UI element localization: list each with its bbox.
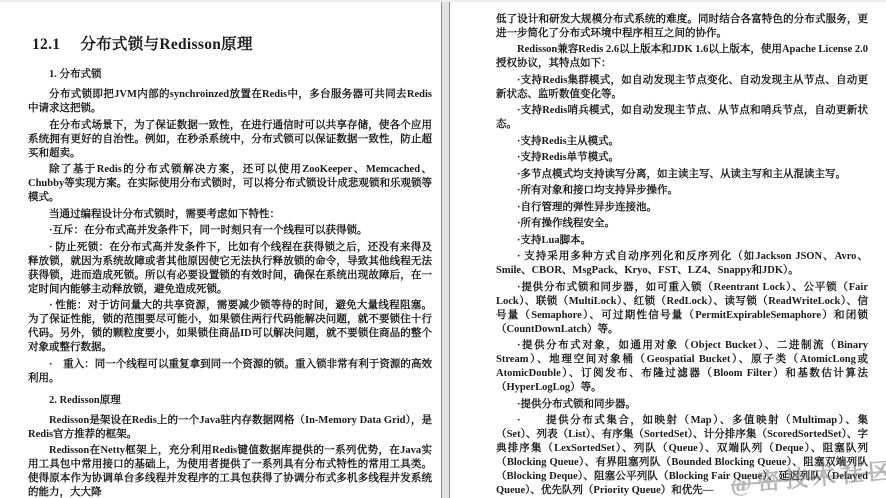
paragraph: 在分布式场景下，为了保证数据一致性，在进行通信时可以共享存储，使各个应用系统拥有… bbox=[28, 119, 432, 161]
bullet-item: · 重入：同一个线程可以重复拿到同一个资源的锁。重入锁非常有利于资源的高效利用。 bbox=[28, 358, 432, 386]
bullet-item: ·支持Redis主从模式。 bbox=[496, 135, 868, 149]
section-number: 12.1 bbox=[32, 36, 60, 53]
paragraph: 低了设计和研发大规模分布式系统的难度。同时结合各富特色的分布式服务，更进一步简化… bbox=[496, 13, 868, 41]
bullet-item: ·提供分布式锁和同步器。 bbox=[496, 398, 868, 412]
section-heading: 12.1分布式锁与Redisson原理 bbox=[32, 32, 432, 54]
right-column-text: 低了设计和研发大规模分布式系统的难度。同时结合各富特色的分布式服务，更进一步简化… bbox=[496, 13, 868, 498]
left-page: 12.1分布式锁与Redisson原理 1. 分布式锁分布式锁即把JVM内部的s… bbox=[0, 2, 442, 498]
subheading: 1. 分布式锁 bbox=[28, 68, 432, 82]
left-column-text: 1. 分布式锁分布式锁即把JVM内部的synchroinzed放置在Redis中… bbox=[28, 68, 432, 498]
bullet-item: ·支持Redis集群模式，如自动发现主节点变化、自动发现主从节点、自动更新状态、… bbox=[496, 74, 868, 102]
bullet-item: ·支持Lua脚本。 bbox=[496, 234, 868, 248]
paragraph: 除了基于Redis的分布式锁解决方案，还可以使用ZooKeeper、Memcac… bbox=[28, 163, 432, 205]
bullet-item: · 性能：对于访问量大的共享资源，需要减少锁等待的时间，避免大量线程阻塞。为了保… bbox=[28, 299, 432, 355]
bullet-item: ·支持Redis单节模式。 bbox=[496, 151, 868, 165]
bullet-item: ·所有操作线程安全。 bbox=[496, 217, 868, 231]
bullet-item: · 支持采用多种方式自动序列化和反序列化（如Jackson JSON、Avro、… bbox=[496, 250, 868, 278]
bullet-item: · 防止死锁：在分布式高并发条件下，比如有个线程在获得锁之后，还没有来得及释放锁… bbox=[28, 241, 432, 297]
paragraph: 当通过编程设计分布式锁时，需要考虑如下特性： bbox=[28, 208, 432, 222]
right-page: 低了设计和研发大规模分布式系统的难度。同时结合各富特色的分布式服务，更进一步简化… bbox=[450, 2, 886, 498]
bullet-item: ·多节点模式均支持读写分离，如主读主写、从读主写和主从混读主写。 bbox=[496, 168, 868, 182]
paragraph: Redisson兼容Redis 2.6以上版本和JDK 1.6以上版本，使用Ap… bbox=[496, 43, 868, 71]
bullet-item: ·互斥：在分布式高并发条件下，同一时刻只有一个线程可以获得锁。 bbox=[28, 224, 432, 238]
bullet-item: ·自行管理的弹性异步连接池。 bbox=[496, 201, 868, 215]
book-spread: 12.1分布式锁与Redisson原理 1. 分布式锁分布式锁即把JVM内部的s… bbox=[0, 0, 886, 498]
bullet-item: ·支持Redis哨兵模式，如自动发现主节点、从节点和哨兵节点，自动更新状态。 bbox=[496, 104, 868, 132]
subheading: 2. Redisson原理 bbox=[28, 394, 432, 408]
bullet-item: ·所有对象和接口均支持异步操作。 bbox=[496, 184, 868, 198]
bullet-item: ·提供分布式对象，如通用对象（Object Bucket）、二进制流（Binar… bbox=[496, 339, 868, 395]
paragraph: 分布式锁即把JVM内部的synchroinzed放置在Redis中，多台服务器可… bbox=[28, 88, 432, 116]
bullet-item: ·提供分布式锁和同步器，如可重入锁（Reentrant Lock）、公平锁（Fa… bbox=[496, 281, 868, 337]
paragraph: Redisson是架设在Redis上的一个Java驻内存数据网格（In-Memo… bbox=[28, 414, 432, 442]
page-gutter-divider bbox=[441, 2, 450, 498]
section-title: 分布式锁与Redisson原理 bbox=[80, 36, 252, 53]
paragraph: Redisson在Netty框架上，充分利用Redis键值数据库提供的一系列优势… bbox=[28, 444, 432, 498]
